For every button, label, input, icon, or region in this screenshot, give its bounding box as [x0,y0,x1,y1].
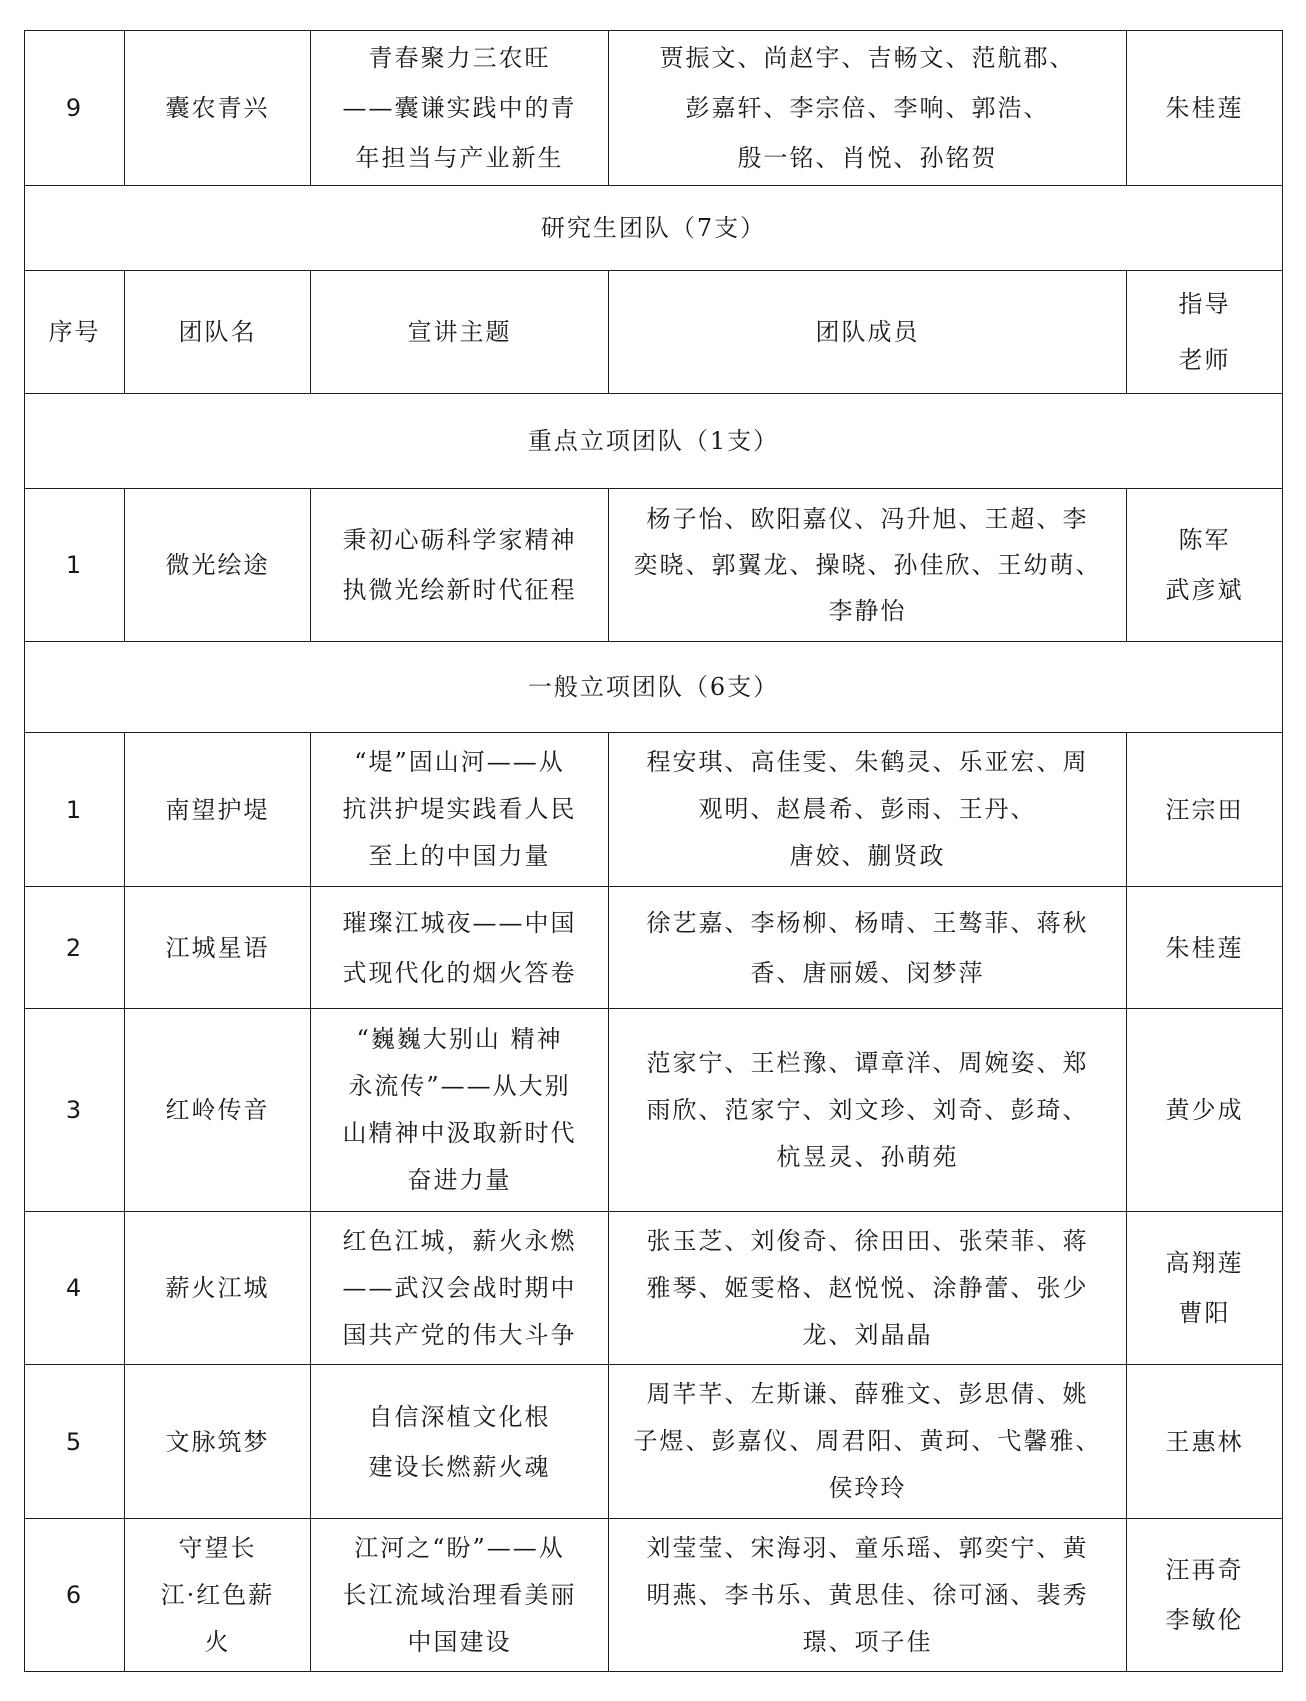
advisor-name: 朱桂莲 [1137,83,1272,133]
members-line: 贾振文、尚赵宇、吉畅文、范航郡、 [619,33,1116,83]
advisor-name: 高翔莲 [1137,1238,1272,1288]
members-line: 张玉芝、刘俊奇、徐田田、张荣菲、蒋 [619,1218,1116,1265]
topic-line: 执微光绘新时代征程 [321,565,598,615]
column-header-team: 团队名 [125,271,311,394]
team-name-line: 火 [135,1619,300,1666]
header-advisor-line: 指导 [1137,276,1272,332]
advisor-name: 汪宗田 [1137,785,1272,835]
topic-line: 年担当与产业新生 [321,133,598,183]
row-number: 6 [25,1519,125,1672]
members-line: 范家宁、王栏豫、谭章洋、周婉姿、郑 [619,1040,1116,1087]
team-name: 江城星语 [125,887,311,1009]
advisor-name: 陈军 [1137,515,1272,565]
topic-line: ——武汉会战时期中 [321,1265,598,1312]
members-line: 杨子怡、欧阳嘉仪、冯升旭、王超、李 [619,496,1116,542]
topic-line: 奋进力量 [321,1157,598,1204]
advisor-name: 朱桂莲 [1137,923,1272,973]
members-line: 子煜、彭嘉仪、周君阳、黄珂、弋馨雅、 [619,1418,1116,1465]
advisor-cell: 高翔莲 曹阳 [1127,1212,1283,1365]
table-row: 1 微光绘途 秉初心砺科学家精神 执微光绘新时代征程 杨子怡、欧阳嘉仪、冯升旭、… [25,489,1283,642]
advisor-cell: 王惠林 [1127,1365,1283,1519]
members-cell: 杨子怡、欧阳嘉仪、冯升旭、王超、李 奕晓、郭翼龙、操晓、孙佳欣、王幼萌、 李静怡 [609,489,1127,642]
topic-line: 国共产党的伟大斗争 [321,1312,598,1359]
members-cell: 刘莹莹、宋海羽、童乐瑶、郭奕宁、黄 明燕、李书乐、黄思佳、徐可涵、裴秀 璟、项子… [609,1519,1127,1672]
column-header-members: 团队成员 [609,271,1127,394]
column-header-topic: 宣讲主题 [311,271,609,394]
table-header-row: 序号 团队名 宣讲主题 团队成员 指导 老师 [25,271,1283,394]
advisor-name: 黄少成 [1137,1085,1272,1135]
members-cell: 程安琪、高佳雯、朱鹤灵、乐亚宏、周 观明、赵晨希、彭雨、王丹、 唐姣、蒯贤政 [609,733,1127,887]
team-name: 囊农青兴 [125,31,311,186]
section-title-graduate: 研究生团队（7支） [25,186,1283,271]
advisor-cell: 朱桂莲 [1127,31,1283,186]
topic-line: 璀璨江城夜——中国 [321,898,598,948]
row-number: 1 [25,733,125,887]
members-line: 璟、项子佳 [619,1619,1116,1666]
column-header-number: 序号 [25,271,125,394]
members-line: 香、唐丽媛、闵梦萍 [619,948,1116,998]
section-row-key: 重点立项团队（1支） [25,394,1283,489]
members-line: 观明、赵晨希、彭雨、王丹、 [619,786,1116,833]
topic-cell: 自信深植文化根 建设长燃薪火魂 [311,1365,609,1519]
row-number: 4 [25,1212,125,1365]
members-line: 雨欣、范家宁、刘文珍、刘奇、彭琦、 [619,1087,1116,1134]
members-line: 周芊芊、左斯谦、薛雅文、彭思倩、姚 [619,1371,1116,1418]
topic-cell: 秉初心砺科学家精神 执微光绘新时代征程 [311,489,609,642]
topic-line: 抗洪护堤实践看人民 [321,786,598,833]
advisor-cell: 汪再奇 李敏伦 [1127,1519,1283,1672]
team-name-line: 江·红色薪 [135,1572,300,1619]
topic-line: 至上的中国力量 [321,833,598,880]
advisor-cell: 汪宗田 [1127,733,1283,887]
team-name: 南望护堤 [125,733,311,887]
members-line: 殷一铭、肖悦、孙铭贺 [619,133,1116,183]
members-line: 明燕、李书乐、黄思佳、徐可涵、裴秀 [619,1572,1116,1619]
topic-line: 秉初心砺科学家精神 [321,515,598,565]
members-line: 龙、刘晶晶 [619,1312,1116,1359]
row-number: 2 [25,887,125,1009]
topic-line: 青春聚力三农旺 [321,33,598,83]
team-name: 微光绘途 [125,489,311,642]
team-name-line: 红岭传音 [135,1085,300,1135]
section-title-general: 一般立项团队（6支） [25,642,1283,733]
topic-line: “堤”固山河——从 [321,739,598,786]
team-name: 红岭传音 [125,1009,311,1212]
members-line: 侯玲玲 [619,1465,1116,1512]
topic-line: 江河之“盼”——从 [321,1525,598,1572]
section-row-graduate: 研究生团队（7支） [25,186,1283,271]
members-line: 雅琴、姬雯格、赵悦悦、涂静蕾、张少 [619,1265,1116,1312]
topic-line: “巍巍大别山 精神 [321,1016,598,1063]
advisor-name: 武彦斌 [1137,565,1272,615]
team-name: 守望长 江·红色薪 火 [125,1519,311,1672]
members-line: 奕晓、郭翼龙、操晓、孙佳欣、王幼萌、 [619,542,1116,588]
table-row-carryover: 9 囊农青兴 青春聚力三农旺 ——囊谦实践中的青 年担当与产业新生 贾振文、尚赵… [25,31,1283,186]
topic-line: 建设长燃薪火魂 [321,1442,598,1492]
advisor-name: 汪再奇 [1137,1545,1272,1595]
members-cell: 贾振文、尚赵宇、吉畅文、范航郡、 彭嘉轩、李宗倍、李响、郭浩、 殷一铭、肖悦、孙… [609,31,1127,186]
team-name-line: 江城星语 [135,923,300,973]
row-number: 3 [25,1009,125,1212]
advisor-cell: 黄少成 [1127,1009,1283,1212]
topic-cell: 璀璨江城夜——中国 式现代化的烟火答卷 [311,887,609,1009]
team-roster-table: 9 囊农青兴 青春聚力三农旺 ——囊谦实践中的青 年担当与产业新生 贾振文、尚赵… [24,30,1283,1672]
topic-line: 红色江城，薪火永燃 [321,1218,598,1265]
team-name: 文脉筑梦 [125,1365,311,1519]
topic-line: 永流传”——从大别 [321,1063,598,1110]
row-number: 5 [25,1365,125,1519]
table-row: 2 江城星语 璀璨江城夜——中国 式现代化的烟火答卷 徐艺嘉、李杨柳、杨晴、王骜… [25,887,1283,1009]
section-row-general: 一般立项团队（6支） [25,642,1283,733]
advisor-cell: 陈军 武彦斌 [1127,489,1283,642]
members-cell: 张玉芝、刘俊奇、徐田田、张荣菲、蒋 雅琴、姬雯格、赵悦悦、涂静蕾、张少 龙、刘晶… [609,1212,1127,1365]
members-cell: 周芊芊、左斯谦、薛雅文、彭思倩、姚 子煜、彭嘉仪、周君阳、黄珂、弋馨雅、 侯玲玲 [609,1365,1127,1519]
table-row: 4 薪火江城 红色江城，薪火永燃 ——武汉会战时期中 国共产党的伟大斗争 张玉芝… [25,1212,1283,1365]
topic-cell: 江河之“盼”——从 长江流域治理看美丽 中国建设 [311,1519,609,1672]
topic-line: 长江流域治理看美丽 [321,1572,598,1619]
row-number: 1 [25,489,125,642]
topic-line: 山精神中汲取新时代 [321,1110,598,1157]
header-advisor-line: 老师 [1137,332,1272,388]
members-line: 徐艺嘉、李杨柳、杨晴、王骜菲、蒋秋 [619,898,1116,948]
members-cell: 范家宁、王栏豫、谭章洋、周婉姿、郑 雨欣、范家宁、刘文珍、刘奇、彭琦、 杭昱灵、… [609,1009,1127,1212]
team-name-line: 薪火江城 [135,1263,300,1313]
topic-cell: “堤”固山河——从 抗洪护堤实践看人民 至上的中国力量 [311,733,609,887]
topic-cell: 红色江城，薪火永燃 ——武汉会战时期中 国共产党的伟大斗争 [311,1212,609,1365]
advisor-name: 曹阳 [1137,1288,1272,1338]
team-name-line: 微光绘途 [135,540,300,590]
topic-line: 自信深植文化根 [321,1392,598,1442]
advisor-name: 王惠林 [1137,1417,1272,1467]
topic-cell: “巍巍大别山 精神 永流传”——从大别 山精神中汲取新时代 奋进力量 [311,1009,609,1212]
column-header-advisor: 指导 老师 [1127,271,1283,394]
table-row: 3 红岭传音 “巍巍大别山 精神 永流传”——从大别 山精神中汲取新时代 奋进力… [25,1009,1283,1212]
team-name-line: 守望长 [135,1525,300,1572]
team-name: 薪火江城 [125,1212,311,1365]
members-cell: 徐艺嘉、李杨柳、杨晴、王骜菲、蒋秋 香、唐丽媛、闵梦萍 [609,887,1127,1009]
members-line: 彭嘉轩、李宗倍、李响、郭浩、 [619,83,1116,133]
section-title-key: 重点立项团队（1支） [25,394,1283,489]
topic-line: 式现代化的烟火答卷 [321,948,598,998]
advisor-name: 李敏伦 [1137,1595,1272,1645]
members-line: 刘莹莹、宋海羽、童乐瑶、郭奕宁、黄 [619,1525,1116,1572]
members-line: 程安琪、高佳雯、朱鹤灵、乐亚宏、周 [619,739,1116,786]
team-name-line: 南望护堤 [135,785,300,835]
topic-line: 中国建设 [321,1619,598,1666]
table-row: 1 南望护堤 “堤”固山河——从 抗洪护堤实践看人民 至上的中国力量 程安琪、高… [25,733,1283,887]
members-line: 李静怡 [619,588,1116,634]
row-number: 9 [25,31,125,186]
topic-line: ——囊谦实践中的青 [321,83,598,133]
members-line: 杭昱灵、孙萌苑 [619,1134,1116,1181]
table-row: 6 守望长 江·红色薪 火 江河之“盼”——从 长江流域治理看美丽 中国建设 刘… [25,1519,1283,1672]
topic-cell: 青春聚力三农旺 ——囊谦实践中的青 年担当与产业新生 [311,31,609,186]
advisor-cell: 朱桂莲 [1127,887,1283,1009]
members-line: 唐姣、蒯贤政 [619,833,1116,880]
team-name-line: 文脉筑梦 [135,1417,300,1467]
table-row: 5 文脉筑梦 自信深植文化根 建设长燃薪火魂 周芊芊、左斯谦、薛雅文、彭思倩、姚… [25,1365,1283,1519]
